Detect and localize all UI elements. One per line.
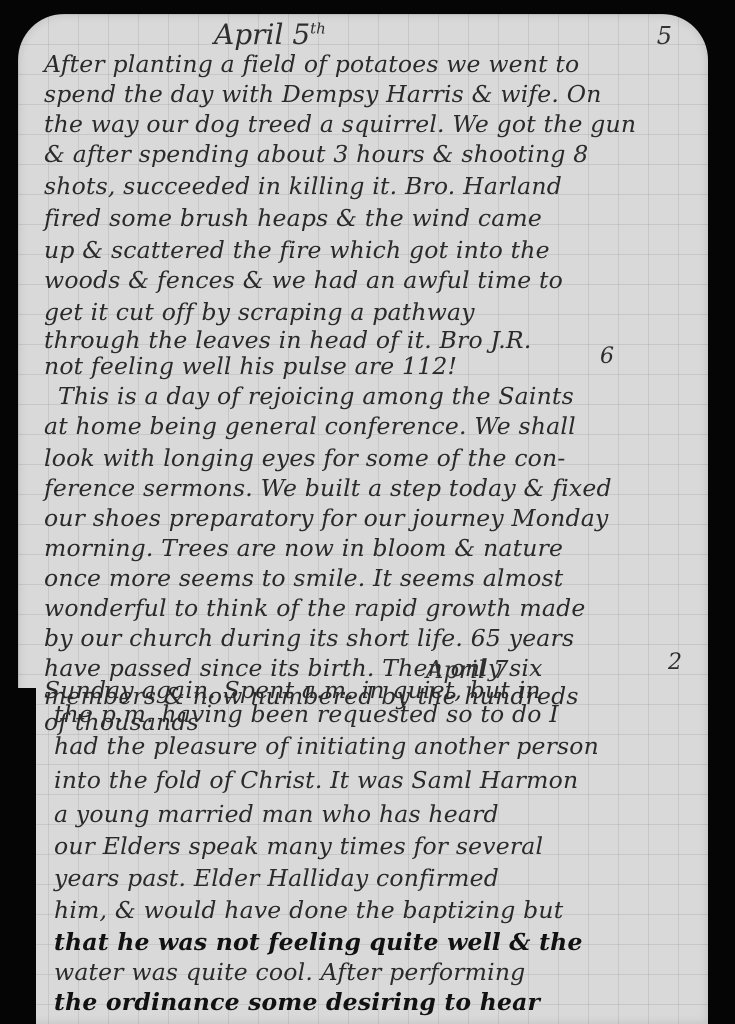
- journal-line: water was quite cool. After performing: [54, 958, 525, 986]
- journal-line: morning. Trees are now in bloom & nature: [44, 534, 563, 562]
- page-edge-shadow: [0, 688, 36, 1024]
- journal-line: After planting a field of potatoes we we…: [44, 50, 579, 78]
- journal-line: look with longing eyes for some of the c…: [44, 444, 566, 472]
- journal-line: & after spending about 3 hours & shootin…: [44, 140, 588, 168]
- journal-line: through the leaves in head of it. Bro J.…: [44, 326, 532, 354]
- journal-line: get it cut off by scraping a pathway: [44, 298, 475, 326]
- journal-line: him, & would have done the baptizing but: [54, 896, 563, 924]
- journal-line: by our church during its short life. 65 …: [44, 624, 574, 652]
- journal-line: into the fold of Christ. It was Saml Har…: [54, 766, 578, 794]
- journal-line: at home being general conference. We sha…: [44, 412, 576, 440]
- entry-date-april-5: April 5th: [214, 18, 326, 51]
- journal-line: our Elders speak many times for several: [54, 832, 543, 860]
- journal-line: once more seems to smile. It seems almos…: [44, 564, 563, 592]
- journal-line: the way our dog treed a squirrel. We got…: [44, 110, 636, 138]
- journal-line: a young married man who has heard: [54, 800, 499, 828]
- journal-line: up & scattered the fire which got into t…: [44, 236, 550, 264]
- journal-line: woods & fences & we had an awful time to: [44, 266, 563, 294]
- marginal-number: 2: [668, 650, 682, 675]
- page-number: 5: [657, 22, 672, 50]
- journal-line: years past. Elder Halliday confirmed: [54, 864, 499, 892]
- journal-line: ference sermons. We built a step today &…: [44, 474, 612, 502]
- journal-line: fired some brush heaps & the wind came: [44, 204, 542, 232]
- journal-line: the p.m. having been requested so to do …: [54, 700, 559, 728]
- journal-line: had the pleasure of initiating another p…: [54, 732, 599, 760]
- journal-line: our shoes preparatory for our journey Mo…: [44, 504, 608, 532]
- journal-line: wonderful to think of the rapid growth m…: [44, 594, 585, 622]
- journal-line: This is a day of rejoicing among the Sai…: [58, 382, 574, 410]
- journal-line: spend the day with Dempsy Harris & wife.…: [44, 80, 602, 108]
- journal-line: shots, succeeded in killing it. Bro. Har…: [44, 172, 562, 200]
- journal-line: that he was not feeling quite well & the: [54, 928, 583, 956]
- journal-line: not feeling well his pulse are 112!: [44, 352, 457, 380]
- journal-line: the ordinance some desiring to hear: [54, 988, 540, 1016]
- entry-date-6: 6: [600, 344, 614, 369]
